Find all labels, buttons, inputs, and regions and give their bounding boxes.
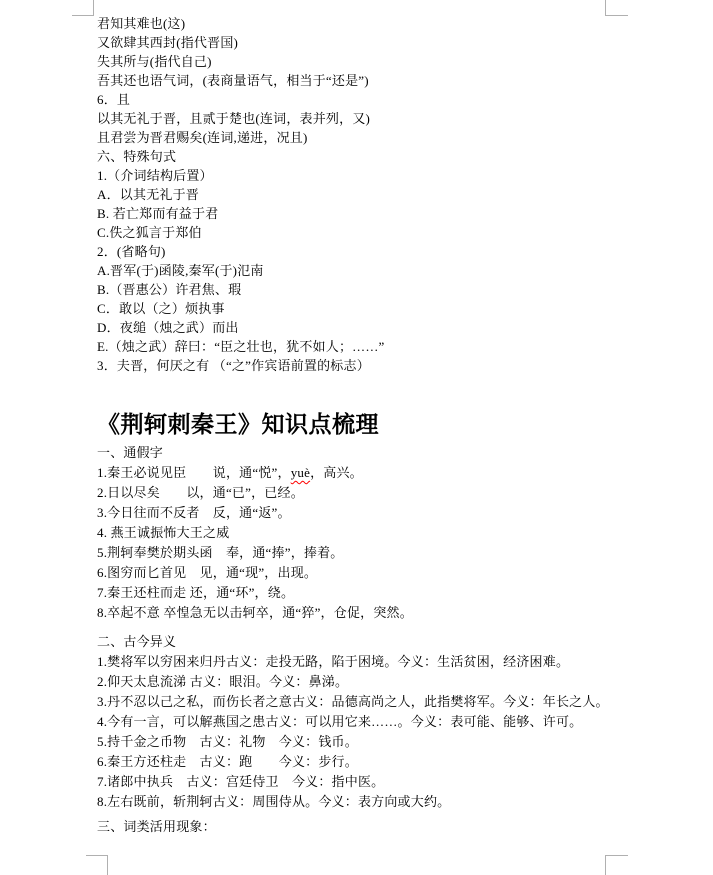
text-line: E.（烛之武）辞曰：“臣之壮也，犹不如人；……”	[97, 337, 609, 356]
section-gujinyiyi: 二、古今异义1.樊将军以穷困来归丹古义：走投无路，陷于困境。今义：生活贫困，经济…	[97, 632, 609, 812]
text-line: B. 若亡郑而有益于君	[97, 204, 609, 223]
text-line: 5.荆轲奉樊於期头函 奉，通“捧”，捧着。	[97, 543, 609, 563]
text-segment: 5.荆轲奉樊於期头函 奉，通“捧”，捧着。	[97, 545, 344, 560]
text-segment: 2.日以尽矣 以，通“已”，已经。	[97, 485, 304, 500]
text-segment: 4.今有一言，可以解燕国之患古义：可以用它来……。今义：表可能、能够、许可。	[97, 714, 582, 729]
pinyin-spellcheck-underline: yuè	[291, 465, 310, 480]
text-line: 6．且	[97, 90, 609, 109]
text-segment: A.晋军(于)函陵,秦军(于)氾南	[97, 263, 264, 278]
text-segment: 2.仰天太息流涕 古义：眼泪。今义：鼻涕。	[97, 674, 348, 689]
crop-mark-bottom-right-icon	[605, 855, 628, 875]
text-line: 3.今日往而不反者 反，通“返”。	[97, 503, 609, 523]
text-segment: 5.持千金之币物 古义：礼物 今义：钱币。	[97, 734, 358, 749]
text-line: 且君尝为晋君赐矣(连词,递进，况且)	[97, 128, 609, 147]
text-line: 六、特殊句式	[97, 147, 609, 166]
text-line: B.（晋惠公）许君焦、瑕	[97, 280, 609, 299]
text-segment: 且君尝为晋君赐矣(连词,递进，况且)	[97, 130, 308, 145]
text-segment: E.（烛之武）辞曰：“臣之壮也，犹不如人；……”	[97, 339, 385, 354]
text-segment: B.（晋惠公）许君焦、瑕	[97, 282, 241, 297]
text-segment: 6.图穷而匕首见 见，通“现”，出现。	[97, 565, 317, 580]
text-segment: 8.卒起不意 卒惶急无以击轲卒，通“猝”，仓促，突然。	[97, 605, 413, 620]
text-segment: 二、古今异义	[97, 634, 176, 649]
text-segment: 4. 燕王诚振怖大王之威	[97, 525, 229, 540]
text-line: 2.仰天太息流涕 古义：眼泪。今义：鼻涕。	[97, 672, 609, 692]
text-line: 6.秦王方还柱走 古义：跑 今义：步行。	[97, 752, 609, 772]
text-segment: 2．(省略句)	[97, 244, 166, 259]
section-cilei-huoyong: 三、词类活用现象：	[97, 817, 609, 837]
document-page: 君知其难也(这)又欲肆其西封(指代晋国)失其所与(指代自己)吾其还也语气词，(表…	[0, 0, 713, 875]
section-zhuzhiwu-notes: 君知其难也(这)又欲肆其西封(指代晋国)失其所与(指代自己)吾其还也语气词，(表…	[97, 14, 609, 375]
text-segment: C．敢以（之）烦执事	[97, 301, 225, 316]
crop-mark-top-left-icon	[72, 0, 94, 16]
text-segment: 7.诸郎中执兵 古义：宫廷侍卫 今义：指中医。	[97, 774, 384, 789]
text-segment: 1.（介词结构后置）	[97, 168, 213, 183]
text-line: C.佚之狐言于郑伯	[97, 223, 609, 242]
text-segment: 一、通假字	[97, 445, 163, 460]
text-line: 1.樊将军以穷困来归丹古义：走投无路，陷于困境。今义：生活贫困，经济困难。	[97, 652, 609, 672]
text-line: C．敢以（之）烦执事	[97, 299, 609, 318]
document-text-area[interactable]: 君知其难也(这)又欲肆其西封(指代晋国)失其所与(指代自己)吾其还也语气词，(表…	[97, 14, 609, 837]
text-segment: 7.秦王还柱而走 还，通“环”，绕。	[97, 585, 294, 600]
text-line: 君知其难也(这)	[97, 14, 609, 33]
text-segment: 又欲肆其西封(指代晋国)	[97, 35, 238, 50]
text-line: A．以其无礼于晋	[97, 185, 609, 204]
text-line: 1.秦王必说见臣 说，通“悦”，yuè，高兴。	[97, 463, 609, 483]
text-segment: A．以其无礼于晋	[97, 187, 199, 202]
text-line: 三、词类活用现象：	[97, 817, 609, 837]
text-segment: 6.秦王方还柱走 古义：跑 今义：步行。	[97, 754, 358, 769]
text-line: 6.图穷而匕首见 见，通“现”，出现。	[97, 563, 609, 583]
text-segment: 三、词类活用现象：	[97, 819, 216, 834]
text-line: 一、通假字	[97, 443, 609, 463]
text-segment: 3．夫晋，何厌之有 （“之”作宾语前置的标志）	[97, 358, 370, 373]
text-segment: 3.丹不忍以己之私，而伤长者之意古义：品德高尚之人，此指樊将军。今义：年长之人。	[97, 694, 609, 709]
text-line: 4.今有一言，可以解燕国之患古义：可以用它来……。今义：表可能、能够、许可。	[97, 712, 609, 732]
text-line: 4. 燕王诚振怖大王之威	[97, 523, 609, 543]
text-segment: 1.樊将军以穷困来归丹古义：走投无路，陷于困境。今义：生活贫困，经济困难。	[97, 654, 569, 669]
text-segment: 1.秦王必说见臣 说，通“悦”，	[97, 465, 291, 480]
text-line: 3.丹不忍以己之私，而伤长者之意古义：品德高尚之人，此指樊将军。今义：年长之人。	[97, 692, 609, 712]
text-segment: 6．且	[97, 92, 130, 107]
text-line: 2.日以尽矣 以，通“已”，已经。	[97, 483, 609, 503]
text-segment: 失其所与(指代自己)	[97, 54, 212, 69]
text-line: D．夜缒（烛之武）而出	[97, 318, 609, 337]
text-segment: 六、特殊句式	[97, 149, 176, 164]
text-line: 二、古今异义	[97, 632, 609, 652]
text-segment: 以其无礼于晋，且贰于楚也(连词，表并列，又)	[97, 111, 370, 126]
text-line: A.晋军(于)函陵,秦军(于)氾南	[97, 261, 609, 280]
text-line: 以其无礼于晋，且贰于楚也(连词，表并列，又)	[97, 109, 609, 128]
text-segment: 8.左右既前，斩荆轲古义：周围侍从。今义：表方向或大约。	[97, 794, 450, 809]
text-line: 1.（介词结构后置）	[97, 166, 609, 185]
section-heading: 《荆轲刺秦王》知识点梳理	[97, 407, 609, 443]
text-line: 吾其还也语气词，(表商量语气，相当于“还是”)	[97, 71, 609, 90]
text-line: 8.卒起不意 卒惶急无以击轲卒，通“猝”，仓促，突然。	[97, 603, 609, 623]
text-line: 7.秦王还柱而走 还，通“环”，绕。	[97, 583, 609, 603]
text-line: 5.持千金之币物 古义：礼物 今义：钱币。	[97, 732, 609, 752]
text-line: 2．(省略句)	[97, 242, 609, 261]
text-line: 又欲肆其西封(指代晋国)	[97, 33, 609, 52]
text-line: 失其所与(指代自己)	[97, 52, 609, 71]
text-line: 3．夫晋，何厌之有 （“之”作宾语前置的标志）	[97, 356, 609, 375]
text-segment: B. 若亡郑而有益于君	[97, 206, 218, 221]
text-segment: D．夜缒（烛之武）而出	[97, 320, 239, 335]
text-segment: C.佚之狐言于郑伯	[97, 225, 202, 240]
text-line: 7.诸郎中执兵 古义：宫廷侍卫 今义：指中医。	[97, 772, 609, 792]
section-tongjiazi: 一、通假字1.秦王必说见臣 说，通“悦”，yuè，高兴。2.日以尽矣 以，通“已…	[97, 443, 609, 623]
text-segment: 3.今日往而不反者 反，通“返”。	[97, 505, 291, 520]
text-segment: 吾其还也语气词，(表商量语气，相当于“还是”)	[97, 73, 369, 88]
text-line: 8.左右既前，斩荆轲古义：周围侍从。今义：表方向或大约。	[97, 792, 609, 812]
crop-mark-bottom-left-icon	[86, 855, 108, 875]
text-segment: 君知其难也(这)	[97, 16, 185, 31]
text-segment: ，高兴。	[310, 465, 363, 480]
